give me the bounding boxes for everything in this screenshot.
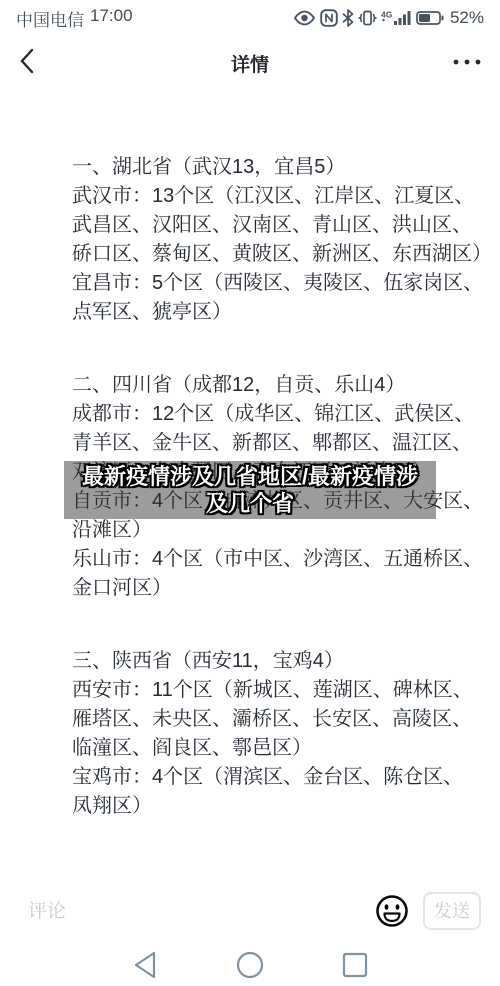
android-recents-button[interactable] [335, 948, 375, 986]
text-line: 武汉市：13个区（江汉区、江岸区、江夏区、 [72, 182, 482, 211]
status-icons: 4G 52% [293, 8, 484, 28]
home-circle-icon [235, 950, 265, 985]
text-line: 成都市：12个区（成华区、锦江区、武侯区、 [72, 400, 482, 429]
text-line: 沿滩区） [72, 516, 482, 545]
battery-icon [416, 10, 444, 26]
text-line: 雁塔区、未央区、灞桥区、长安区、高陵区、 [72, 705, 482, 734]
comment-input[interactable] [26, 892, 360, 932]
comment-bar: 发送 [0, 886, 500, 938]
text-line: 青羊区、金牛区、新都区、郫都区、温江区、 [72, 429, 482, 458]
more-button[interactable] [450, 50, 484, 76]
text-line: 乐山市：4个区（市中区、沙湾区、五通桥区、 [72, 545, 482, 574]
province-block-hubei: 一、湖北省（武汉13，宜昌5） 武汉市：13个区（江汉区、江岸区、江夏区、 武昌… [72, 153, 482, 327]
province-block-shaanxi: 三、陕西省（西安11，宝鸡4） 西安市：11个区（新城区、莲湖区、碑林区、 雁塔… [72, 647, 482, 821]
text-line: 一、湖北省（武汉13，宜昌5） [72, 153, 482, 182]
text-line: 硚口区、蔡甸区、黄陂区、新洲区、东西湖区） [72, 240, 482, 269]
eye-icon [293, 10, 316, 26]
bluetooth-icon [342, 9, 354, 27]
watermark-overlay: 最新疫情涉及几省地区/最新疫情涉 及几个省 [64, 461, 436, 519]
emoji-button[interactable] [374, 893, 410, 929]
clock-label: 17:00 [90, 6, 133, 31]
android-home-button[interactable] [230, 948, 270, 986]
carrier-time: 中国电信 17:00 [16, 6, 133, 31]
nfc-icon [320, 9, 338, 27]
carrier-label: 中国电信 [16, 6, 84, 31]
smiley-icon [374, 916, 410, 933]
battery-percent-label: 52% [450, 8, 484, 28]
text-line: 金口河区） [72, 574, 482, 603]
signal-4g-icon: 4G [381, 9, 412, 27]
page-title: 详情 [0, 50, 500, 77]
text-line: 宝鸡市：4个区（渭滨区、金台区、陈仓区、 [72, 763, 482, 792]
android-back-button[interactable] [125, 948, 165, 986]
text-line: 凤翔区） [72, 792, 482, 821]
text-line: 西安市：11个区（新城区、莲湖区、碑林区、 [72, 676, 482, 705]
signal-4g-label: 4G [381, 10, 393, 20]
back-triangle-icon [132, 950, 158, 985]
phone-screen: { "status_bar": { "carrier": "中国电信", "ti… [0, 0, 500, 986]
vibrate-icon [358, 9, 377, 27]
text-line: 临潼区、阎良区、鄠邑区） [72, 734, 482, 763]
ellipsis-icon [451, 54, 483, 72]
nav-bar: 详情 [0, 40, 500, 84]
status-bar: 中国电信 17:00 4G 52% [0, 0, 500, 36]
send-button[interactable]: 发送 [423, 892, 481, 930]
watermark-line1: 最新疫情涉及几省地区/最新疫情涉 [82, 463, 418, 490]
text-line: 三、陕西省（西安11，宝鸡4） [72, 647, 482, 676]
text-line: 二、四川省（成都12，自贡、乐山4） [72, 371, 482, 400]
text-line: 宜昌市：5个区（西陵区、夷陵区、伍家岗区、 [72, 269, 482, 298]
android-navigation-bar [0, 936, 500, 986]
recents-square-icon [341, 951, 369, 984]
text-line: 点军区、猇亭区） [72, 298, 482, 327]
watermark-line2: 及几个省 [206, 490, 294, 517]
text-line: 武昌区、汉阳区、汉南区、青山区、洪山区、 [72, 211, 482, 240]
